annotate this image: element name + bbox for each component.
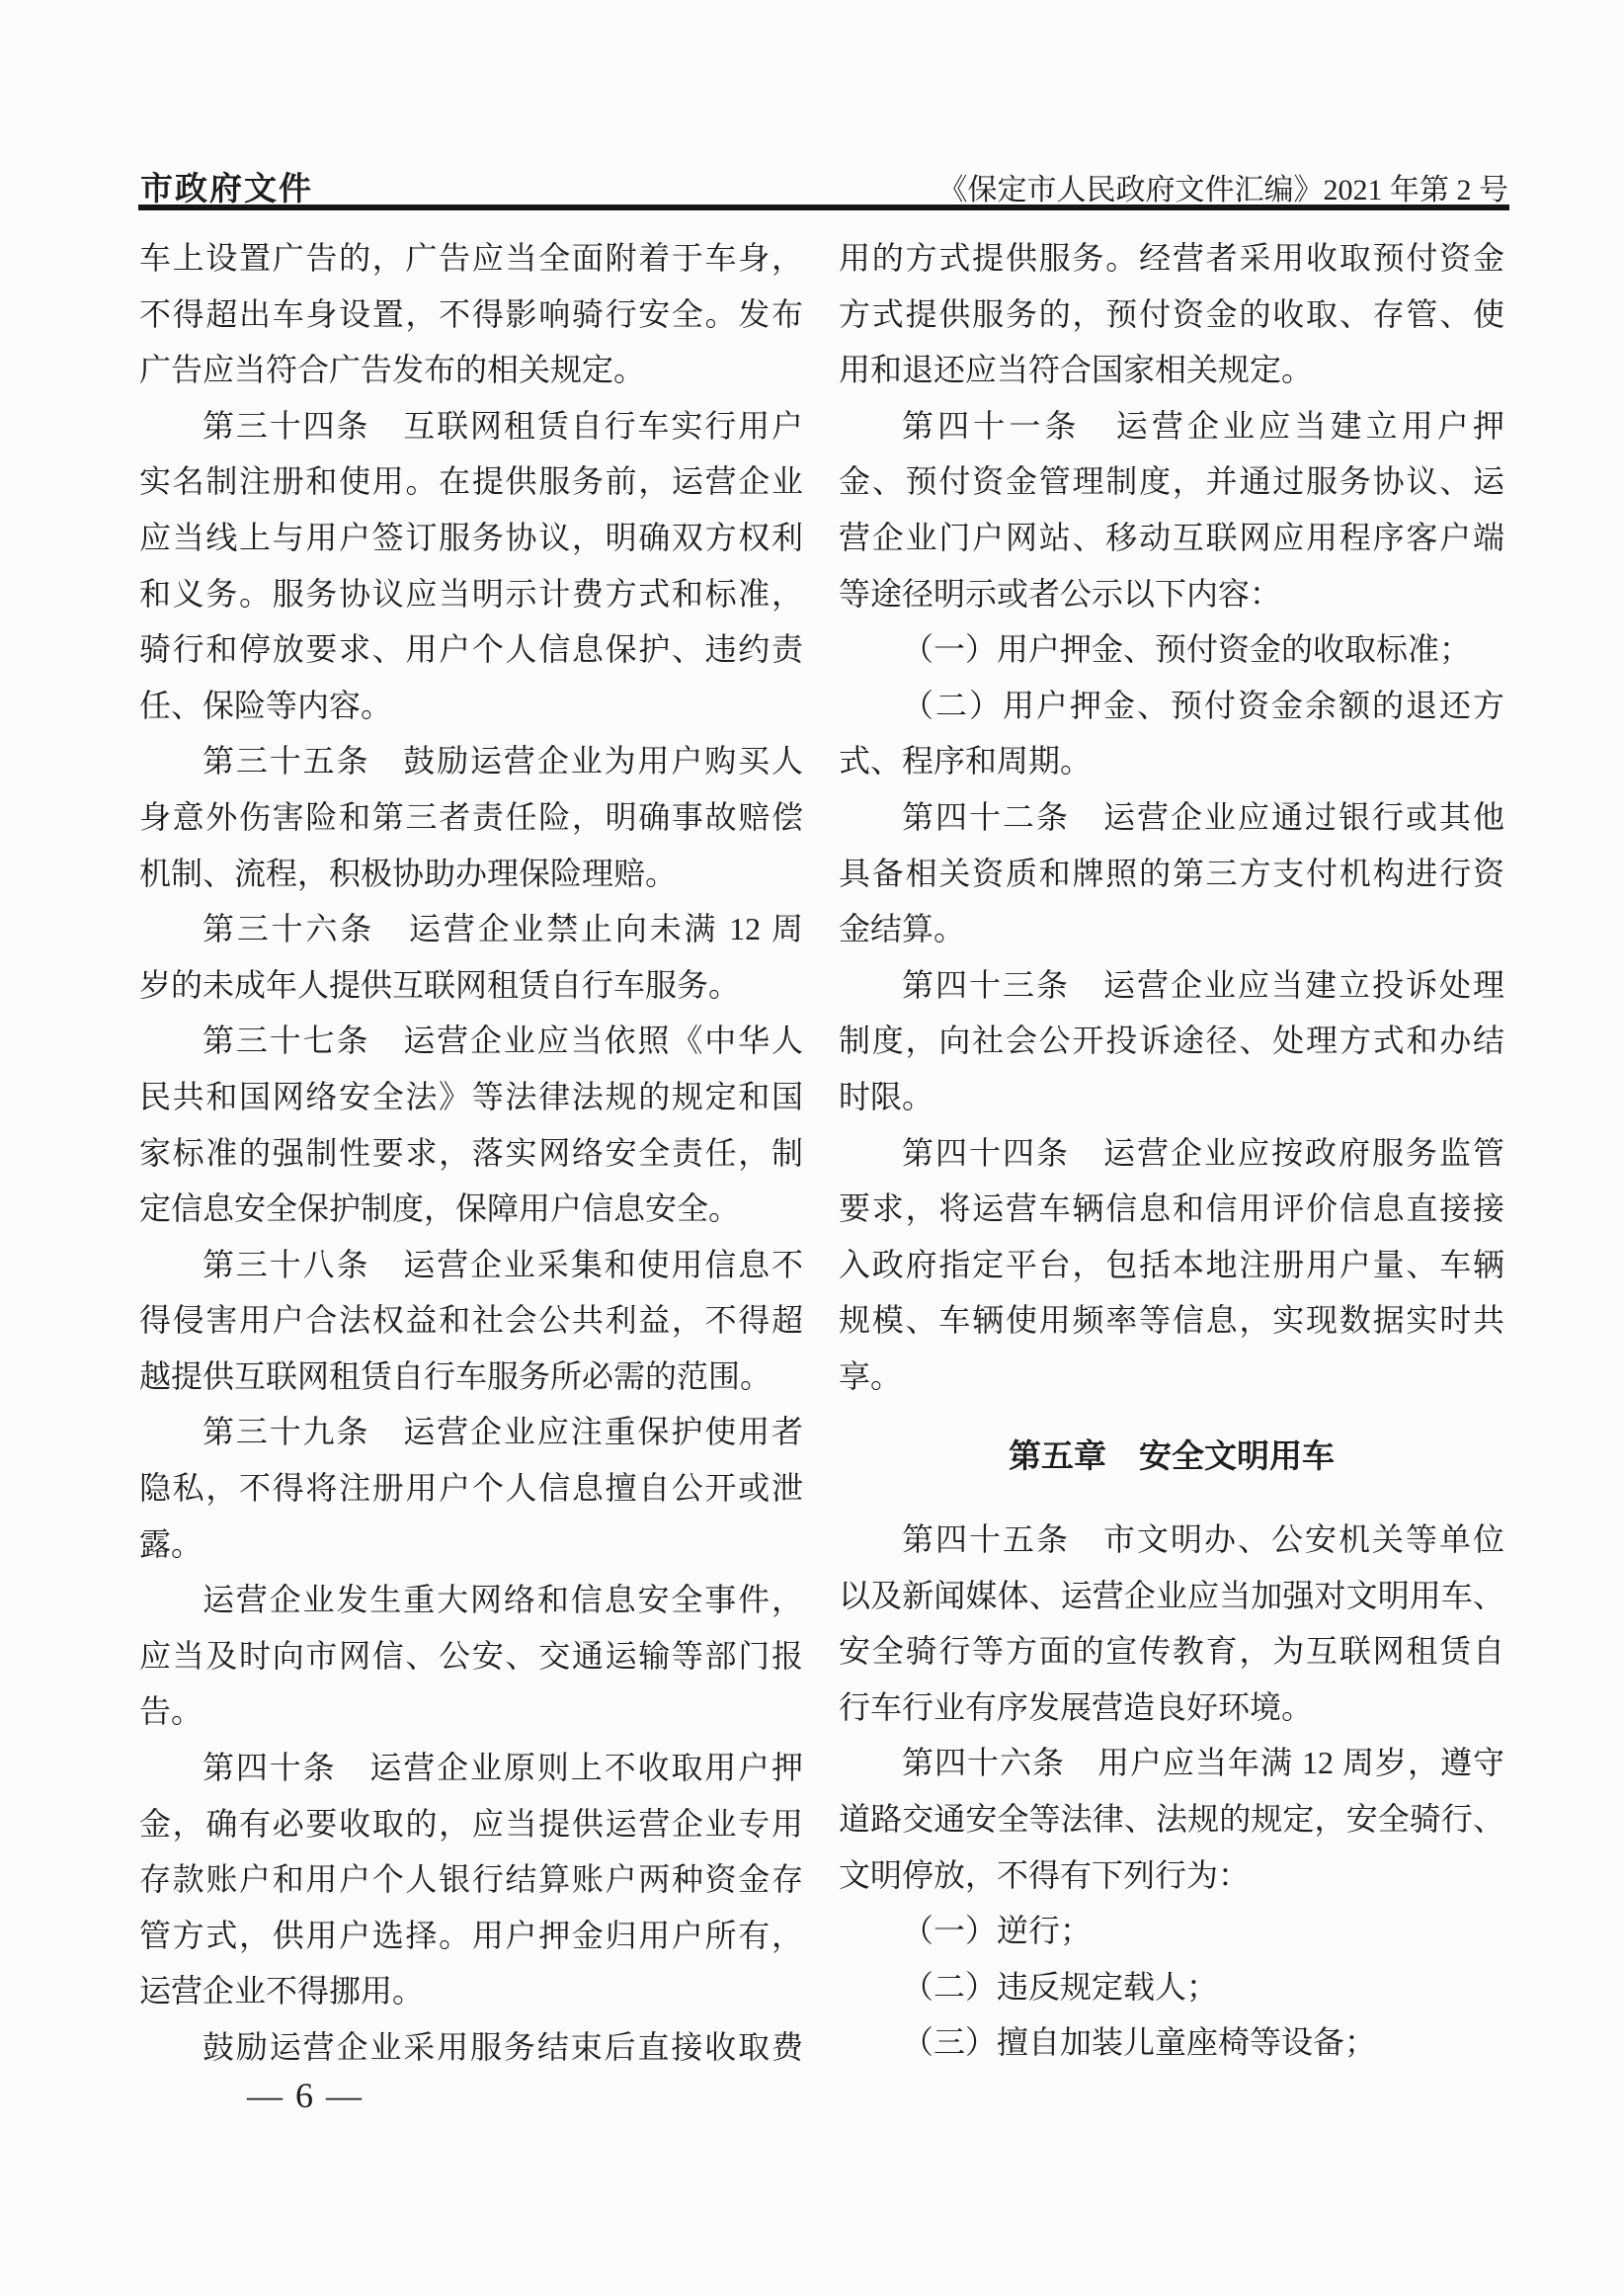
text-line: 第三十八条 运营企业采集和使用信息不 [139,1237,803,1293]
left-column: 车上设置广告的，广告应当全面附着于车身，不得超出车身设置，不得影响骑行安全。发布… [139,230,803,2076]
text-line: 方式提供服务的，预付资金的收取、存管、使 [839,287,1504,343]
text-line: （一）用户押金、预付资金的收取标准； [839,621,1504,678]
text-line: 民共和国网络安全法》等法律法规的规定和国 [139,1069,803,1125]
text-line: 隐私，不得将注册用户个人信息擅自公开或泄 [139,1460,803,1517]
text-line: 鼓励运营企业采用服务结束后直接收取费 [139,2019,803,2076]
text-line: 第三十四条 互联网租赁自行车实行用户 [139,398,803,454]
text-line: 营企业门户网站、移动互联网应用程序客户端 [839,510,1504,566]
text-line: 骑行和停放要求、用户个人信息保护、违约责 [139,621,803,678]
document-page: 市政府文件 《保定市人民政府文件汇编》2021 年第 2 号 车上设置广告的，广… [0,0,1623,2296]
text-line: 广告应当符合广告发布的相关规定。 [139,342,803,398]
text-line: 第四十五条 市文明办、公安机关等单位 [839,1512,1504,1568]
text-line: 管方式，供用户选择。用户押金归用户所有， [139,1908,803,1964]
text-line: 不得超出车身设置，不得影响骑行安全。发布 [139,287,803,343]
text-line: 制度，向社会公开投诉途径、处理方式和办结 [839,1013,1504,1069]
text-line: 第三十九条 运营企业应注重保护使用者 [139,1404,803,1460]
text-line: 和义务。服务协议应当明示计费方式和标准， [139,566,803,622]
text-line: 岁的未成年人提供互联网租赁自行车服务。 [139,957,803,1014]
text-line: 等途径明示或者公示以下内容： [839,566,1504,622]
text-line: 行车行业有序发展营造良好环境。 [839,1680,1504,1736]
text-line: （二）用户押金、预付资金余额的退还方 [839,678,1504,734]
text-line: 越提供互联网租赁自行车服务所必需的范围。 [139,1349,803,1405]
text-line: 运营企业发生重大网络和信息安全事件， [139,1572,803,1628]
text-line: 告。 [139,1683,803,1740]
text-line: 规模、车辆使用频率等信息，实现数据实时共 [839,1292,1504,1349]
text-line: 运营企业不得挪用。 [139,1963,803,2019]
text-line: 定信息安全保护制度，保障用户信息安全。 [139,1181,803,1237]
header-divider-rule [138,205,1509,210]
text-line: 金结算。 [839,901,1504,957]
text-line: 第四十六条 用户应当年满 12 周岁，遵守 [839,1735,1504,1791]
text-line: 得侵害用户合法权益和社会公共利益，不得超 [139,1292,803,1349]
text-line: 露。 [139,1517,803,1573]
page-header: 市政府文件 《保定市人民政府文件汇编》2021 年第 2 号 [140,163,1508,209]
text-line: 享。 [839,1349,1504,1405]
text-line: 实名制注册和使用。在提供服务前，运营企业 [139,453,803,510]
text-line: 以及新闻媒体、运营企业应当加强对文明用车、 [839,1568,1504,1624]
text-line: 第三十六条 运营企业禁止向未满 12 周 [139,901,803,957]
text-line: 安全骑行等方面的宣传教育，为互联网租赁自 [839,1623,1504,1680]
text-line: 式、程序和周期。 [839,733,1504,789]
text-line: 要求，将运营车辆信息和信用评价信息直接接 [839,1181,1504,1237]
text-line: 文明停放，不得有下列行为： [839,1847,1504,1904]
text-line: 第四十条 运营企业原则上不收取用户押 [139,1740,803,1796]
text-line: 入政府指定平台，包括本地注册用户量、车辆 [839,1237,1504,1293]
text-line: 第四十二条 运营企业应通过银行或其他 [839,789,1504,846]
text-line: 用的方式提供服务。经营者采用收取预付资金 [839,230,1504,287]
text-line: 车上设置广告的，广告应当全面附着于车身， [139,230,803,287]
text-line: 第三十五条 鼓励运营企业为用户购买人 [139,733,803,789]
header-compilation-title: 《保定市人民政府文件汇编》2021 年第 2 号 [938,165,1509,208]
text-line: 第三十七条 运营企业应当依照《中华人 [139,1013,803,1069]
text-line: 机制、流程，积极协助办理保险理赔。 [139,846,803,902]
text-line: 应当及时向市网信、公安、交通运输等部门报 [139,1628,803,1684]
right-column: 用的方式提供服务。经营者采用收取预付资金方式提供服务的，预付资金的收取、存管、使… [839,230,1504,2071]
text-line: 时限。 [839,1069,1504,1125]
text-line: 存款账户和用户个人银行结算账户两种资金存 [139,1851,803,1908]
text-line: （三）擅自加装儿童座椅等设备； [839,2014,1504,2071]
text-line: 金，确有必要收取的，应当提供运营企业专用 [139,1796,803,1852]
chapter-heading: 第五章 安全文明用车 [839,1429,1504,1485]
page-number: — 6 — [247,2075,364,2116]
text-line: 家标准的强制性要求，落实网络安全责任，制 [139,1125,803,1182]
text-line: 任、保险等内容。 [139,678,803,734]
header-doc-category: 市政府文件 [140,163,313,209]
text-line: 具备相关资质和牌照的第三方支付机构进行资 [839,846,1504,902]
text-line: 第四十一条 运营企业应当建立用户押 [839,398,1504,454]
text-line: （一）逆行； [839,1903,1504,1959]
text-line: 身意外伤害险和第三者责任险，明确事故赔偿 [139,789,803,846]
text-line: 第四十三条 运营企业应当建立投诉处理 [839,957,1504,1014]
text-line: 第四十四条 运营企业应按政府服务监管 [839,1125,1504,1182]
text-line: 应当线上与用户签订服务协议，明确双方权利 [139,510,803,566]
text-line: （二）违反规定载人； [839,1959,1504,2015]
text-line: 金、预付资金管理制度，并通过服务协议、运 [839,453,1504,510]
text-line: 道路交通安全等法律、法规的规定，安全骑行、 [839,1791,1504,1847]
text-line: 用和退还应当符合国家相关规定。 [839,342,1504,398]
